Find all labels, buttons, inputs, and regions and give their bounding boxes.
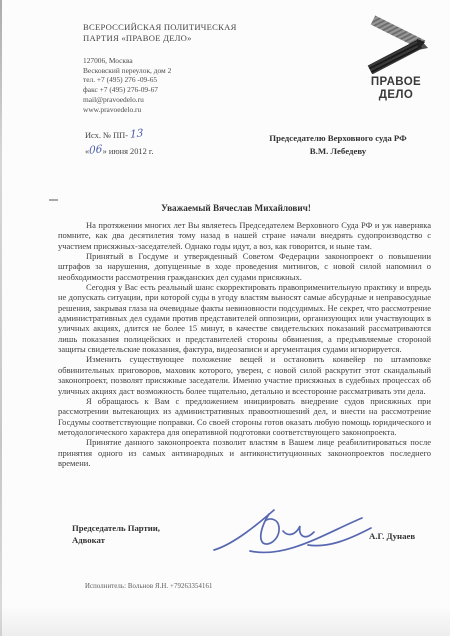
salutation: Уважаемый Вячеслав Михайлович! bbox=[50, 203, 422, 213]
signer-title-line1: Председатель Партии, bbox=[72, 523, 160, 535]
address-fax: факс +7 (495) 276-09-67 bbox=[83, 85, 263, 95]
date-rest: » июня 2012 г. bbox=[103, 147, 154, 156]
signer-title-line2: Адвокат bbox=[72, 535, 160, 547]
handwritten-signature-icon bbox=[208, 498, 383, 567]
scanned-letter-page: ВСЕРОССИЙСКАЯ ПОЛИТИЧЕСКАЯ ПАРТИЯ «ПРАВО… bbox=[0, 0, 450, 636]
outgoing-number-label: Исх. № ПП- bbox=[85, 131, 128, 140]
date-day-handwritten: 06 bbox=[89, 143, 102, 157]
address-street: Весковский переулок, дом 2 bbox=[83, 66, 263, 76]
body-paragraph-5: Я обращаюсь к Вам с предложением инициир… bbox=[58, 396, 431, 437]
addressee-name: В.М. Лебедеву bbox=[248, 145, 428, 158]
letter-body: На протяжении многих лет Вы являетесь Пр… bbox=[58, 220, 431, 468]
scan-dash-artifact bbox=[49, 199, 58, 201]
address-website: www.pravoedelo.ru bbox=[83, 105, 263, 115]
executor-line: Исполнитель: Вольнов Я.Н. +79263354161 bbox=[85, 583, 212, 590]
outgoing-number-handwritten: 13 bbox=[130, 127, 143, 141]
party-name-line1: ВСЕРОССИЙСКАЯ ПОЛИТИЧЕСКАЯ bbox=[83, 22, 293, 33]
scan-shadow-artifact bbox=[0, 606, 450, 636]
body-paragraph-3: Сегодня у Вас есть реальный шанс скоррек… bbox=[58, 282, 431, 354]
signer-name: А.Г. Дунаев bbox=[369, 531, 415, 541]
body-paragraph-6: Принятие данного законопроекта позволит … bbox=[58, 437, 431, 468]
party-logo: ПРАВОЕ ДЕЛО bbox=[347, 14, 445, 101]
address-postal-city: 127006, Москва bbox=[83, 56, 263, 66]
addressee-block: Председателю Верховного суда РФ В.М. Леб… bbox=[248, 132, 428, 157]
chevron-pencil-logo-icon bbox=[347, 14, 445, 74]
scan-edge-artifact bbox=[0, 0, 2, 636]
party-name-line2: ПАРТИЯ «ПРАВОЕ ДЕЛО» bbox=[83, 33, 293, 44]
letterhead-party-name: ВСЕРОССИЙСКАЯ ПОЛИТИЧЕСКАЯ ПАРТИЯ «ПРАВО… bbox=[83, 22, 293, 44]
address-email: mail@pravoedelo.ru bbox=[83, 95, 263, 105]
addressee-position: Председателю Верховного суда РФ bbox=[248, 132, 428, 145]
body-paragraph-1: На протяжении многих лет Вы являетесь Пр… bbox=[58, 220, 431, 251]
logo-text-line1: ПРАВОЕ bbox=[347, 76, 445, 89]
body-paragraph-2: Принятый в Госдуме и утвержденный Совето… bbox=[58, 251, 431, 282]
logo-text-line2: ДЕЛО bbox=[347, 89, 445, 102]
body-paragraph-4: Изменить существующее положение вещей и … bbox=[58, 354, 431, 395]
outgoing-number-line: Исх. № ПП- 13 bbox=[85, 129, 143, 141]
address-phone: тел. +7 (495) 276 -09-65 bbox=[83, 75, 263, 85]
date-line: «06» июня 2012 г. bbox=[85, 145, 153, 157]
letterhead-address-block: 127006, Москва Весковский переулок, дом … bbox=[83, 56, 263, 114]
signer-title-block: Председатель Партии, Адвокат bbox=[72, 523, 160, 546]
